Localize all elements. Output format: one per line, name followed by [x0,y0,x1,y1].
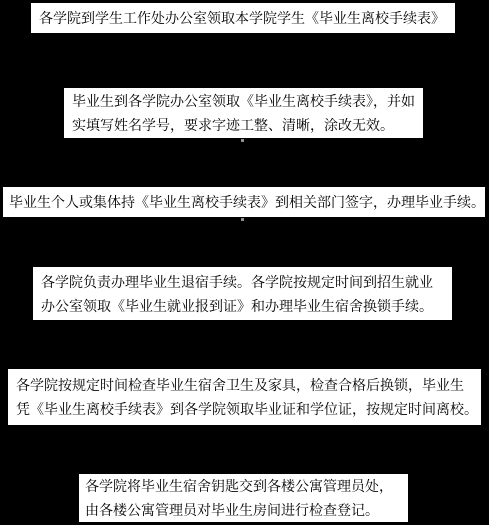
flow-step-text: 毕业生个人或集体持《毕业生离校手续表》到相关部门签字，办理毕业手续。 [9,190,479,214]
connector-arrow-mark [241,218,244,221]
flow-step-text: 各学院将毕业生宿舍钥匙交到各楼公寓管理员处， [85,474,402,498]
flow-step-text: 各学院到学生工作处办公室领取本学院学生《毕业生离校手续表》 [39,6,447,30]
connector-arrow-mark [241,139,244,142]
flow-step-text: 毕业生到各学院办公室领取《毕业生离校手续表》，并如 [72,89,415,113]
flowchart-canvas: 各学院到学生工作处办公室领取本学院学生《毕业生离校手续表》 毕业生到各学院办公室… [0,0,489,525]
flow-step-text: 各学院负责办理毕业生退宿手续。各学院按规定时间到招生就业 [41,270,444,294]
flow-step-text: 凭《毕业生离校手续表》到各学院领取毕业证和学位证，按规定时间离校。 [16,397,473,421]
flow-step-1-collect-form: 各学院到学生工作处办公室领取本学院学生《毕业生离校手续表》 [31,3,455,33]
flow-step-text: 各学院按规定时间检查毕业生宿舍卫生及家具，检查合格后换锁，毕业生 [16,373,473,397]
flow-step-3-get-signatures: 毕业生个人或集体持《毕业生离校手续表》到相关部门签字，办理毕业手续。 [3,187,485,217]
flow-step-text: 实填写姓名学号，要求字迹工整、清晰，涂改无效。 [72,113,415,137]
flow-step-5-inspection-and-certificates: 各学院按规定时间检查毕业生宿舍卫生及家具，检查合格后换锁，毕业生 凭《毕业生离校… [8,369,481,425]
flow-step-2-fill-form: 毕业生到各学院办公室领取《毕业生离校手续表》，并如 实填写姓名学号，要求字迹工整… [64,88,423,138]
flow-step-text: 由各楼公寓管理员对毕业生房间进行检查登记。 [85,498,402,522]
flow-step-6-return-keys: 各学院将毕业生宿舍钥匙交到各楼公寓管理员处， 由各楼公寓管理员对毕业生房间进行检… [79,474,408,522]
flow-step-4-checkout-dorm: 各学院负责办理毕业生退宿手续。各学院按规定时间到招生就业 办公室领取《毕业生就业… [33,267,452,320]
flow-step-text: 办公室领取《毕业生就业报到证》和办理毕业生宿舍换锁手续。 [41,294,444,318]
